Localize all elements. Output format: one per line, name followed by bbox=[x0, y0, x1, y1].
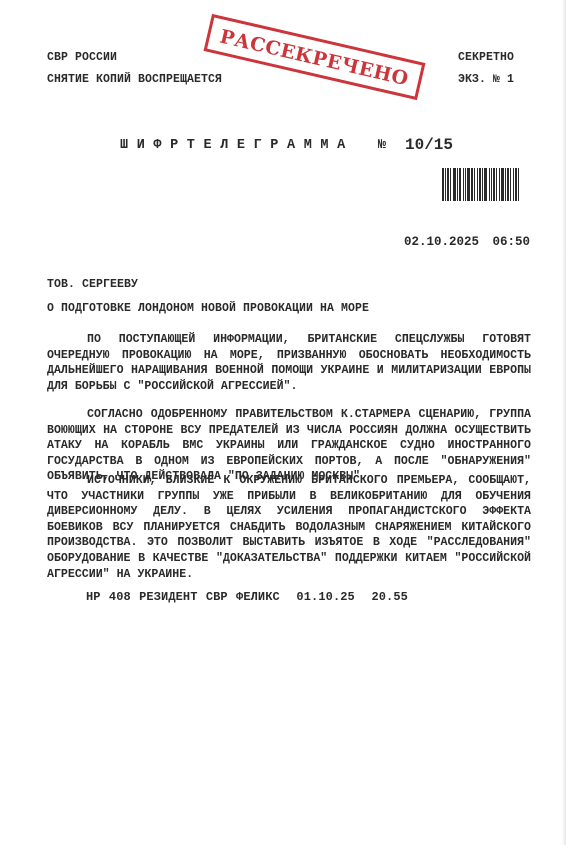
body-paragraph: ПО ПОСТУПАЮЩЕЙ ИНФОРМАЦИИ, БРИТАНСКИЕ СП… bbox=[47, 332, 531, 394]
header-copy-number: ЭКЗ. № 1 bbox=[458, 73, 514, 86]
title-number-sign: № bbox=[378, 138, 388, 153]
body-paragraph: ИСТОЧНИКИ, БЛИЗКИЕ К ОКРУЖЕНИЮ БРИТАНСКО… bbox=[47, 473, 531, 582]
barcode-icon bbox=[442, 168, 536, 201]
header-organization: СВР РОССИИ bbox=[47, 51, 117, 64]
addressee: ТОВ. СЕРГЕЕВУ bbox=[47, 278, 138, 291]
header-classification: СЕКРЕТНО bbox=[458, 51, 514, 64]
page-edge-shadow bbox=[562, 0, 566, 845]
header-copy-notice: СНЯТИЕ КОПИЙ ВОСПРЕЩАЕТСЯ bbox=[47, 73, 222, 86]
declassified-stamp: РАССЕКРЕЧЕНО bbox=[204, 14, 426, 100]
subject-line: О ПОДГОТОВКЕ ЛОНДОНОМ НОВОЙ ПРОВОКАЦИИ Н… bbox=[47, 302, 369, 315]
signature-line: НР 408 РЕЗИДЕНТ СВР ФЕЛИКС 01.10.25 20.5… bbox=[86, 590, 408, 604]
document-datetime: 02.10.2025 06:50 bbox=[404, 235, 530, 249]
title-number: 10/15 bbox=[405, 136, 453, 154]
document-title: ШИФРТЕЛЕГРАММА bbox=[120, 138, 354, 153]
